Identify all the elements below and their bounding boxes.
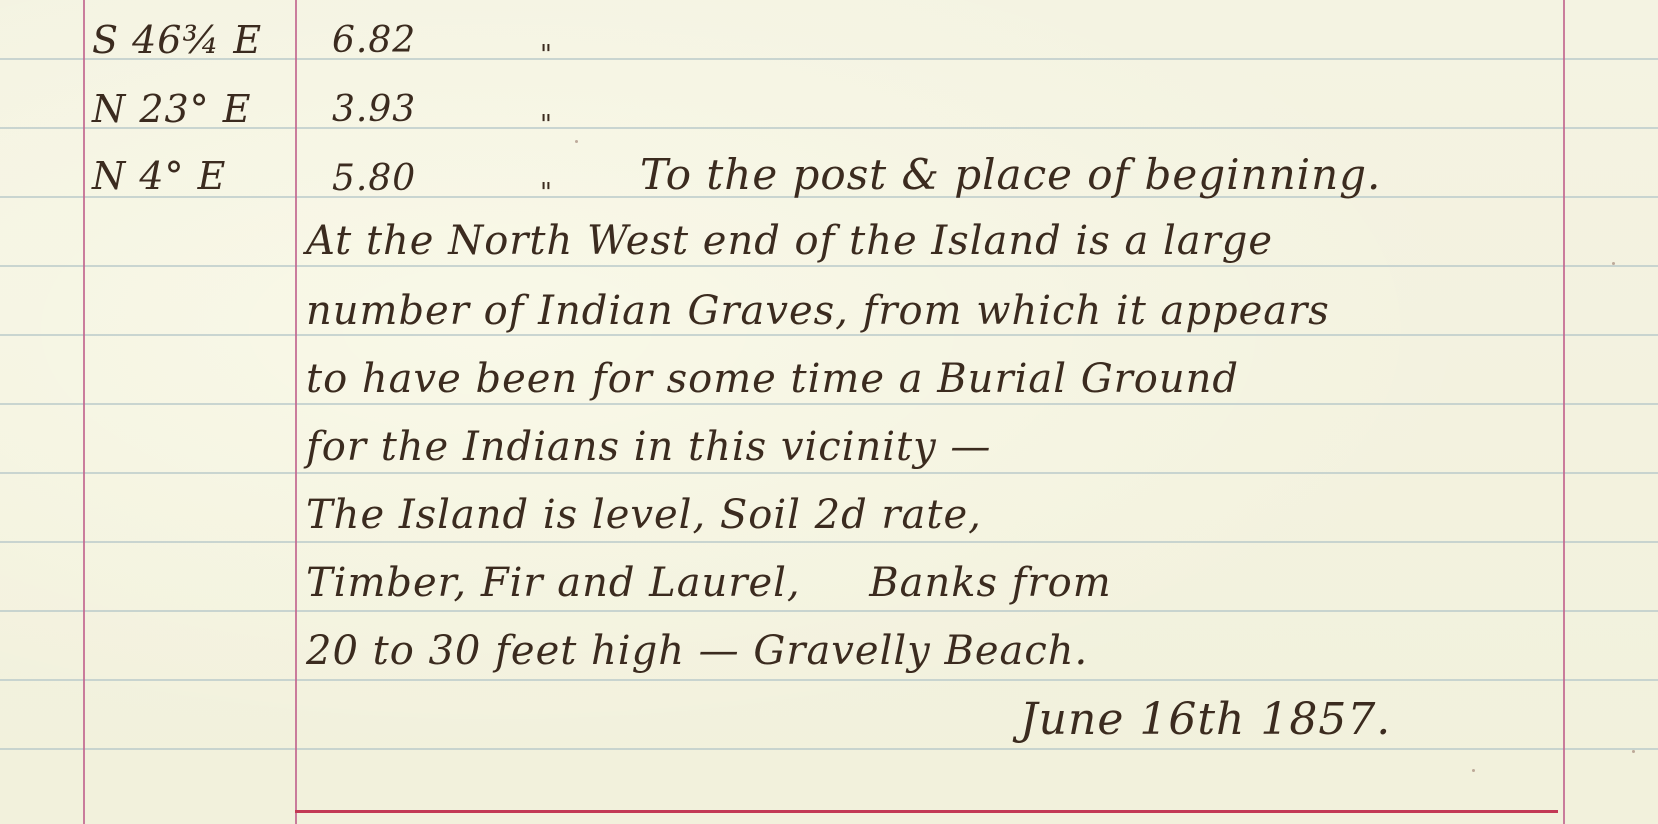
bottom-rule: [295, 810, 1558, 813]
paper-speck: [575, 140, 578, 143]
ledger-page: S 46¾ E 6.82 " N 23° E 3.93 " N 4° E 5.8…: [0, 0, 1658, 824]
ruled-line: [0, 334, 1658, 336]
ruled-line: [0, 679, 1658, 681]
right-margin-line: [1563, 0, 1565, 824]
ruled-line: [0, 541, 1658, 543]
distance-cell: 6.82: [332, 20, 416, 61]
ditto-mark: ": [540, 40, 553, 70]
ruled-line: [0, 265, 1658, 267]
ruled-line: [0, 403, 1658, 405]
bearing-cell: S 46¾ E: [92, 18, 282, 62]
paper-speck: [1612, 262, 1615, 265]
body-line: 20 to 30 feet high — Gravelly Beach.: [306, 628, 1088, 674]
body-line: for the Indians in this vicinity —: [306, 424, 991, 470]
row-note: To the post & place of beginning.: [640, 150, 1381, 199]
paper-speck: [1472, 769, 1475, 772]
bearing-cell: N 4° E: [92, 154, 282, 198]
bearing-column-divider: [295, 0, 297, 824]
entry-date: June 16th 1857.: [1020, 694, 1391, 745]
ruled-line: [0, 748, 1658, 750]
distance-cell: 5.80: [332, 158, 416, 199]
body-line: At the North West end of the Island is a…: [306, 218, 1273, 264]
body-line: The Island is level, Soil 2d rate,: [306, 492, 982, 538]
body-line: to have been for some time a Burial Grou…: [306, 356, 1239, 402]
distance-cell: 3.93: [332, 89, 416, 130]
paper-speck: [1632, 750, 1635, 753]
ditto-mark: ": [540, 178, 553, 208]
left-margin-line: [83, 0, 85, 824]
ruled-line: [0, 472, 1658, 474]
body-line: number of Indian Graves, from which it a…: [306, 288, 1330, 334]
ruled-line: [0, 610, 1658, 612]
body-line: Timber, Fir and Laurel, Banks from: [306, 560, 1112, 606]
bearing-cell: N 23° E: [92, 87, 282, 131]
ditto-mark: ": [540, 110, 553, 140]
